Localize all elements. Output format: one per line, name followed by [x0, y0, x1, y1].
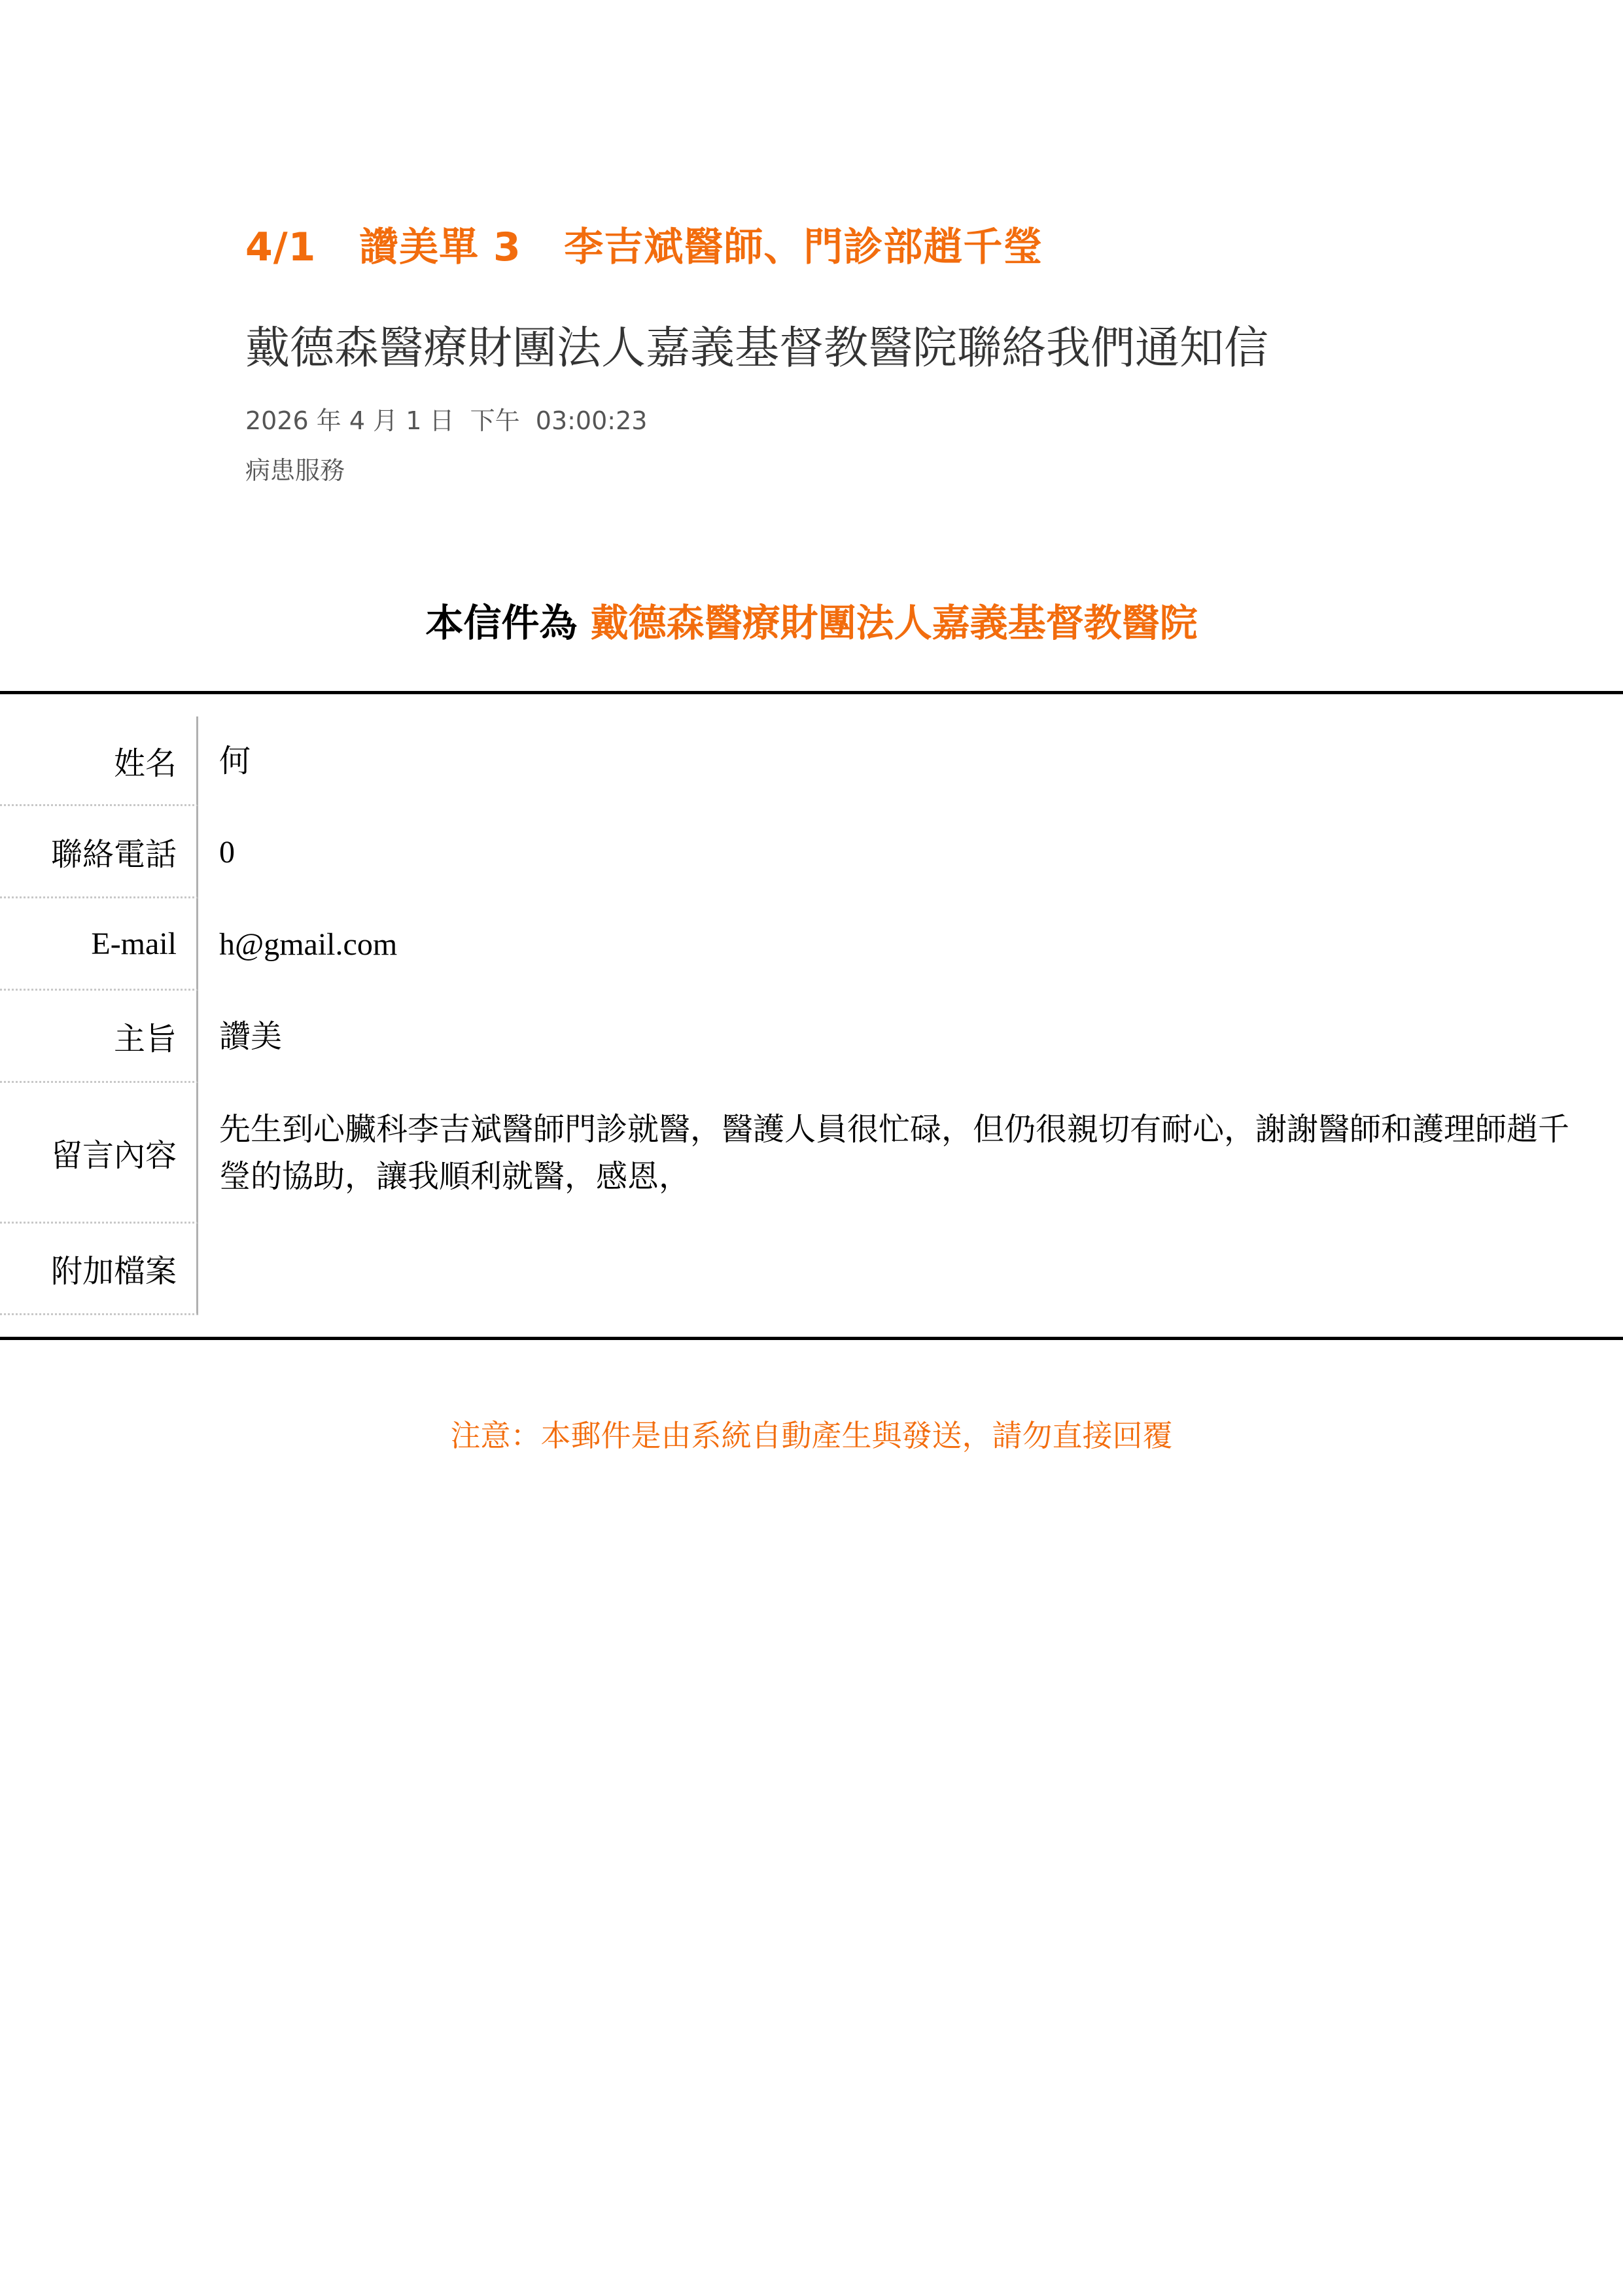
field-value: 何: [198, 716, 1623, 806]
notice-title: 4/1 讚美單 3 李吉斌醫師、門診部趙千瑩: [245, 216, 1043, 272]
field-label: 附加檔案: [0, 1224, 198, 1315]
auto-reply-notice: 注意：本郵件是由系統自動產生與發送，請勿直接回覆: [0, 1412, 1623, 1455]
contact-form-table: 姓名 何 聯絡電話 0 E-mail h@gmail.com 主旨 讚美 留言內…: [0, 716, 1623, 1315]
field-value: h@gmail.com: [198, 898, 1623, 991]
banner-organization: 戴德森醫療財團法人嘉義基督教醫院: [591, 601, 1198, 645]
table-row-attachment: 附加檔案: [0, 1224, 1623, 1315]
field-value: 0: [198, 806, 1623, 898]
email-subject: 戴德森醫療財團法人嘉義基督教醫院聯絡我們通知信: [245, 313, 1268, 376]
table-row-phone: 聯絡電話 0: [0, 806, 1623, 898]
top-divider: [0, 691, 1623, 694]
field-value: 先生到心臟科李吉斌醫師門診就醫，醫護人員很忙碌，但仍很親切有耐心，謝謝醫師和護理…: [198, 1083, 1623, 1224]
field-label: 留言內容: [0, 1083, 198, 1224]
email-category: 病患服務: [245, 450, 345, 486]
field-value: 讚美: [198, 991, 1623, 1083]
field-label: 主旨: [0, 991, 198, 1083]
sender-banner: 本信件為 戴德森醫療財團法人嘉義基督教醫院: [0, 592, 1623, 647]
table-row-message: 留言內容 先生到心臟科李吉斌醫師門診就醫，醫護人員很忙碌，但仍很親切有耐心，謝謝…: [0, 1083, 1623, 1224]
bottom-divider: [0, 1337, 1623, 1340]
table-row-subject: 主旨 讚美: [0, 991, 1623, 1083]
banner-lead: 本信件為: [425, 601, 590, 645]
field-label: 姓名: [0, 716, 198, 806]
table-row-name: 姓名 何: [0, 716, 1623, 806]
field-label: E-mail: [0, 898, 198, 991]
email-datetime: 2026 年 4 月 1 日 下午 03:00:23: [245, 400, 647, 436]
field-value: [198, 1224, 1623, 1315]
table-row-email: E-mail h@gmail.com: [0, 898, 1623, 991]
field-label: 聯絡電話: [0, 806, 198, 898]
